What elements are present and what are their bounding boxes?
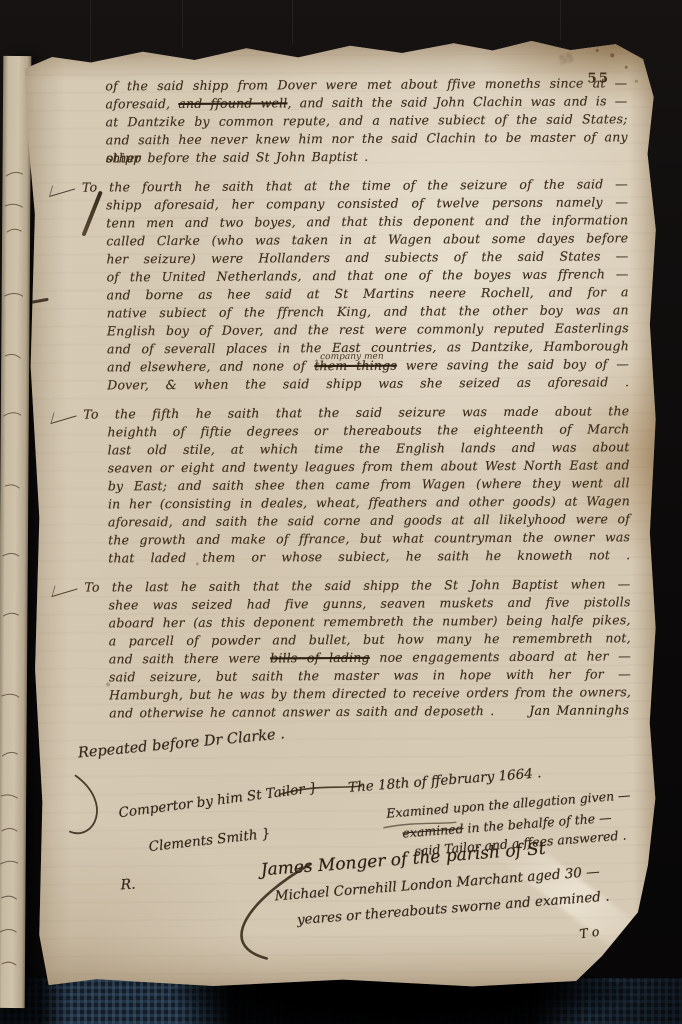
- marginal-initial-mark: R.: [120, 876, 136, 893]
- paragraph: of the said shipp from Dover were met ab…: [105, 74, 628, 167]
- background-seam: [560, 0, 561, 40]
- deponent-signature: Jan Manninghs: [529, 701, 629, 720]
- background-seam: [182, 0, 183, 48]
- marginal-note-compertor-1: Compertor by him St Tailor }: [118, 780, 319, 822]
- prev-page-writing-fragments: [0, 56, 31, 1008]
- paragraph: To the last he saith that the said shipp…: [108, 575, 631, 722]
- manuscript-line: Dover, & when the said shipp was she sei…: [107, 373, 629, 394]
- marginal-note-compertor-2: Clements Smith }: [148, 826, 271, 855]
- manuscript-line: and otherwise he cannot answer as saith …: [109, 701, 631, 722]
- paragraph: To the fifth he saith that the said seiz…: [107, 402, 630, 567]
- manuscript-photograph: 55 55 of the said shipp from Dover were …: [0, 0, 682, 1024]
- manuscript-page: 55 55 of the said shipp from Dover were …: [13, 40, 667, 992]
- body-text: of the said shipp from Dover were met ab…: [105, 74, 631, 733]
- background-seam: [292, 0, 293, 44]
- manuscript-line: that laded them or whose subiect, he sai…: [108, 546, 630, 567]
- foxing-specks: [13, 44, 15, 46]
- interlinear-insertion: company men: [315, 352, 384, 362]
- page-number-offset-smudge: 55: [558, 51, 575, 67]
- paragraph-margin-flourish: [81, 190, 102, 236]
- manuscript-line: shipp before the said St John Baptist .: [106, 146, 628, 167]
- corner-pen-mark: T o: [579, 924, 601, 942]
- previous-page-edges: [0, 56, 31, 1008]
- docket-date: The 18th of ffebruary 1664 .: [348, 765, 542, 796]
